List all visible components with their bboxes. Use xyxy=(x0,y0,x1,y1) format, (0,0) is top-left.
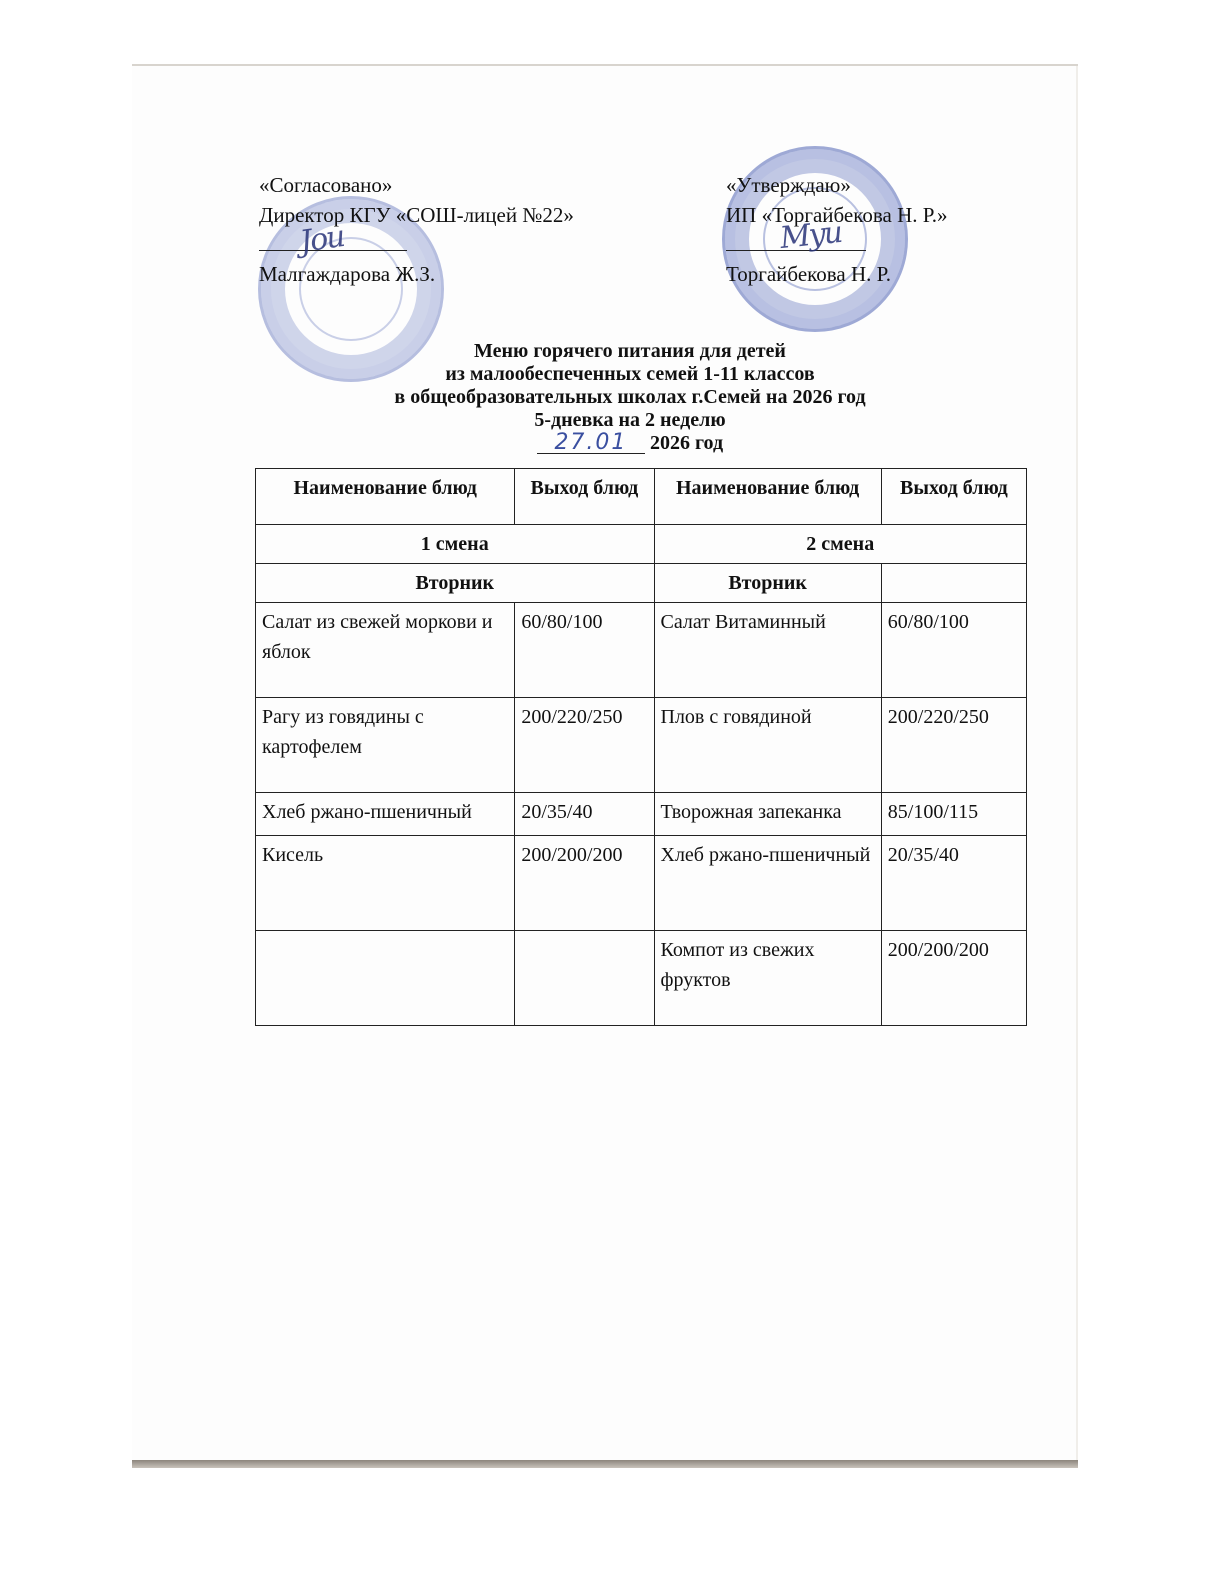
title-line-2: из малообеспеченных семей 1-11 классов xyxy=(300,363,960,386)
yield-cell: 20/35/40 xyxy=(881,836,1026,931)
agreed-label: «Согласовано» xyxy=(259,170,574,200)
header-yield-2: Выход блюд xyxy=(881,469,1026,525)
approved-signature: Myu xyxy=(778,215,842,256)
shift-row: 1 смена 2 смена xyxy=(256,525,1027,564)
dish-cell xyxy=(256,931,515,1026)
dish-cell: Салат из свежей моркови и яблок xyxy=(256,603,515,698)
dish-cell: Салат Витаминный xyxy=(654,603,881,698)
table-row: Рагу из говядины с картофелем 200/220/25… xyxy=(256,698,1027,793)
yield-cell: 200/220/250 xyxy=(515,698,654,793)
approved-label: «Утверждаю» xyxy=(726,170,948,200)
title-line-4: 5-дневка на 2 неделю xyxy=(300,409,960,432)
dish-cell: Кисель xyxy=(256,836,515,931)
dish-cell: Плов с говядиной xyxy=(654,698,881,793)
table-row: Салат из свежей моркови и яблок 60/80/10… xyxy=(256,603,1027,698)
yield-cell xyxy=(515,931,654,1026)
header-dish-1: Наименование блюд xyxy=(256,469,515,525)
dish-cell: Хлеб ржано-пшеничный xyxy=(654,836,881,931)
title-line-1: Меню горячего питания для детей xyxy=(300,340,960,363)
day-row: Вторник Вторник xyxy=(256,564,1027,603)
dish-cell: Творожная запеканка xyxy=(654,793,881,836)
day-shift-2: Вторник xyxy=(654,564,881,603)
dish-cell: Хлеб ржано-пшеничный xyxy=(256,793,515,836)
table-row: Кисель 200/200/200 Хлеб ржано-пшеничный … xyxy=(256,836,1027,931)
yield-cell: 200/200/200 xyxy=(881,931,1026,1026)
agreed-signature: Jou xyxy=(298,219,346,260)
document-title: Меню горячего питания для детей из малоо… xyxy=(300,340,960,455)
date-line: 27.01 2026 год xyxy=(537,432,723,455)
shift-2: 2 смена xyxy=(654,525,1027,564)
table-row: Хлеб ржано-пшеничный 20/35/40 Творожная … xyxy=(256,793,1027,836)
date-year: 2026 год xyxy=(650,432,723,454)
title-line-3: в общеобразовательных школах г.Семей на … xyxy=(300,386,960,409)
table-header-row: Наименование блюд Выход блюд Наименовани… xyxy=(256,469,1027,525)
menu-table: Наименование блюд Выход блюд Наименовани… xyxy=(255,468,1027,1026)
header-yield-1: Выход блюд xyxy=(515,469,654,525)
yield-cell: 60/80/100 xyxy=(515,603,654,698)
dish-cell: Рагу из говядины с картофелем xyxy=(256,698,515,793)
page-bottom-edge xyxy=(132,1460,1078,1468)
day-shift-1: Вторник xyxy=(256,564,655,603)
yield-cell: 20/35/40 xyxy=(515,793,654,836)
yield-cell: 60/80/100 xyxy=(881,603,1026,698)
handwritten-date: 27.01 xyxy=(537,433,645,454)
yield-cell: 200/220/250 xyxy=(881,698,1026,793)
yield-cell: 200/200/200 xyxy=(515,836,654,931)
empty-cell xyxy=(881,564,1026,603)
shift-1: 1 смена xyxy=(256,525,655,564)
agreed-name: Малгаждарова Ж.З. xyxy=(259,259,574,289)
header-dish-2: Наименование блюд xyxy=(654,469,881,525)
approved-name: Торгайбекова Н. Р. xyxy=(726,259,948,289)
dish-cell: Компот из свежих фруктов xyxy=(654,931,881,1026)
yield-cell: 85/100/115 xyxy=(881,793,1026,836)
table-row: Компот из свежих фруктов 200/200/200 xyxy=(256,931,1027,1026)
